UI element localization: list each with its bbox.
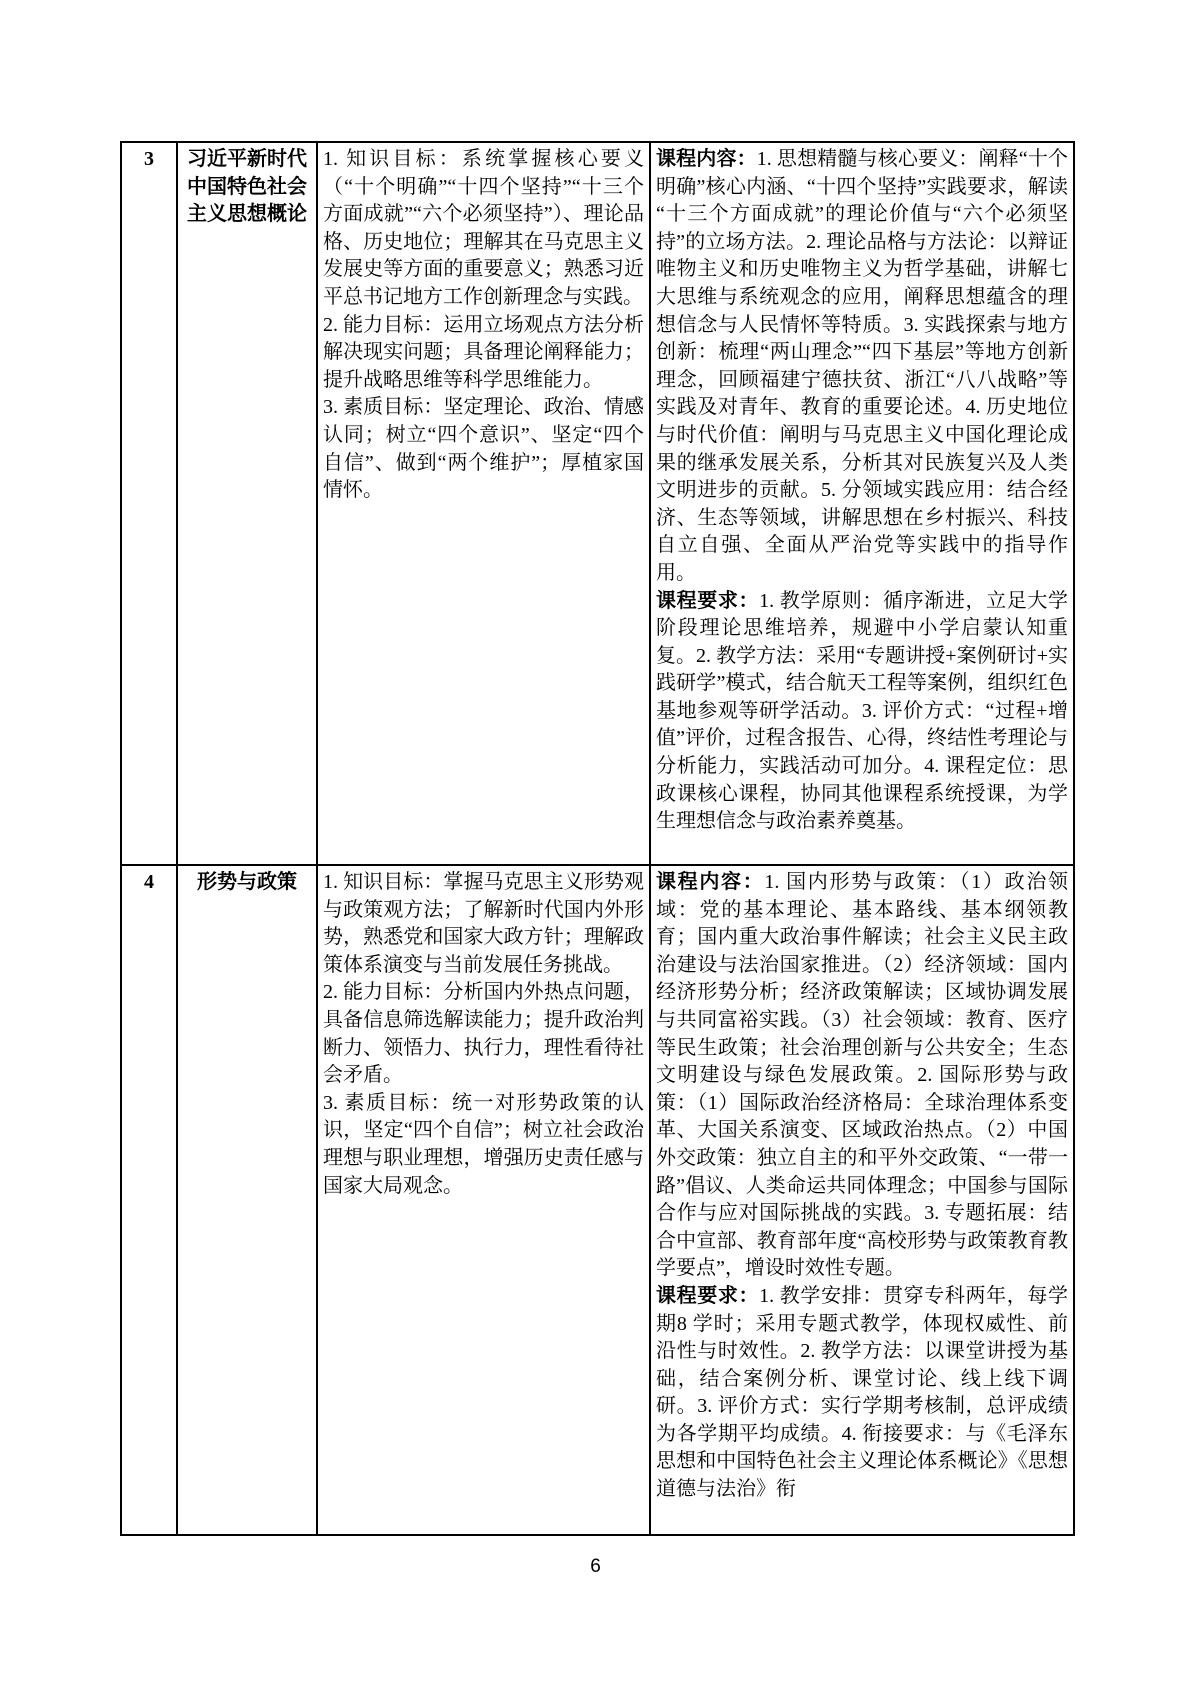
content-label: 课程内容： [656, 148, 757, 170]
objective-knowledge: 1. 知识目标：掌握马克思主义形势观与政策观方法；了解新时代国内外形势，熟悉党和… [323, 869, 644, 979]
objective-knowledge: 1. 知识目标：系统掌握核心要义（“十个明确”“十四个坚持”“十三个方面成就”“… [323, 146, 644, 312]
objective-ability: 2. 能力目标：分析国内外热点问题，具备信息筛选解读能力；提升政治判断力、领悟力… [323, 979, 644, 1089]
course-content-paragraph: 课程内容：1. 思想精髓与核心要义：阐释“十个明确”核心内涵、“十四个坚持”实践… [656, 146, 1068, 588]
content-label: 课程内容： [656, 871, 764, 893]
course-syllabus-table: 3 习近平新时代中国特色社会主义思想概论 1. 知识目标：系统掌握核心要义（“十… [120, 141, 1075, 1536]
course-number: 3 [121, 142, 177, 865]
document-page: 3 习近平新时代中国特色社会主义思想概论 1. 知识目标：系统掌握核心要义（“十… [0, 0, 1191, 1684]
content-text: 1. 思想精髓与核心要义：阐释“十个明确”核心内涵、“十四个坚持”实践要求，解读… [656, 148, 1068, 584]
course-name: 习近平新时代中国特色社会主义思想概论 [177, 142, 317, 865]
course-requirements-paragraph: 课程要求：1. 教学安排：贯穿专科两年，每学期8 学时；采用专题式教学，体现权威… [656, 1283, 1068, 1504]
objective-ability: 2. 能力目标：运用立场观点方法分析解决现实问题；具备理论阐释能力；提升战略思维… [323, 312, 644, 395]
content-cell: 课程内容：1. 国内形势与政策：（1）政治领域：党的基本理论、基本路线、基本纲领… [650, 865, 1074, 1535]
table-row-course-3: 3 习近平新时代中国特色社会主义思想概论 1. 知识目标：系统掌握核心要义（“十… [121, 142, 1074, 865]
course-name: 形势与政策 [177, 865, 317, 1535]
requirements-text: 1. 教学安排：贯穿专科两年，每学期8 学时；采用专题式教学，体现权威性、前沿性… [656, 1285, 1068, 1500]
content-cell: 课程内容：1. 思想精髓与核心要义：阐释“十个明确”核心内涵、“十四个坚持”实践… [650, 142, 1074, 865]
objectives-cell: 1. 知识目标：系统掌握核心要义（“十个明确”“十四个坚持”“十三个方面成就”“… [317, 142, 650, 865]
content-text: 1. 国内形势与政策：（1）政治领域：党的基本理论、基本路线、基本纲领教育；国内… [656, 871, 1068, 1279]
course-requirements-paragraph: 课程要求：1. 教学原则：循序渐进，立足大学阶段理论思维培养，规避中小学启蒙认知… [656, 588, 1068, 836]
requirements-text: 1. 教学原则：循序渐进，立足大学阶段理论思维培养，规避中小学启蒙认知重复。2.… [656, 590, 1068, 833]
course-number: 4 [121, 865, 177, 1535]
objective-quality: 3. 素质目标：统一对形势政策的认识，坚定“四个自信”；树立社会政治理想与职业理… [323, 1090, 644, 1200]
course-content-paragraph: 课程内容：1. 国内形势与政策：（1）政治领域：党的基本理论、基本路线、基本纲领… [656, 869, 1068, 1283]
requirements-label: 课程要求： [656, 590, 759, 612]
page-number: 6 [0, 1556, 1191, 1578]
table-row-course-4: 4 形势与政策 1. 知识目标：掌握马克思主义形势观与政策观方法；了解新时代国内… [121, 865, 1074, 1535]
objectives-cell: 1. 知识目标：掌握马克思主义形势观与政策观方法；了解新时代国内外形势，熟悉党和… [317, 865, 650, 1535]
requirements-label: 课程要求： [656, 1285, 759, 1307]
objective-quality: 3. 素质目标：坚定理论、政治、情感认同；树立“四个意识”、坚定“四个自信”、做… [323, 394, 644, 504]
